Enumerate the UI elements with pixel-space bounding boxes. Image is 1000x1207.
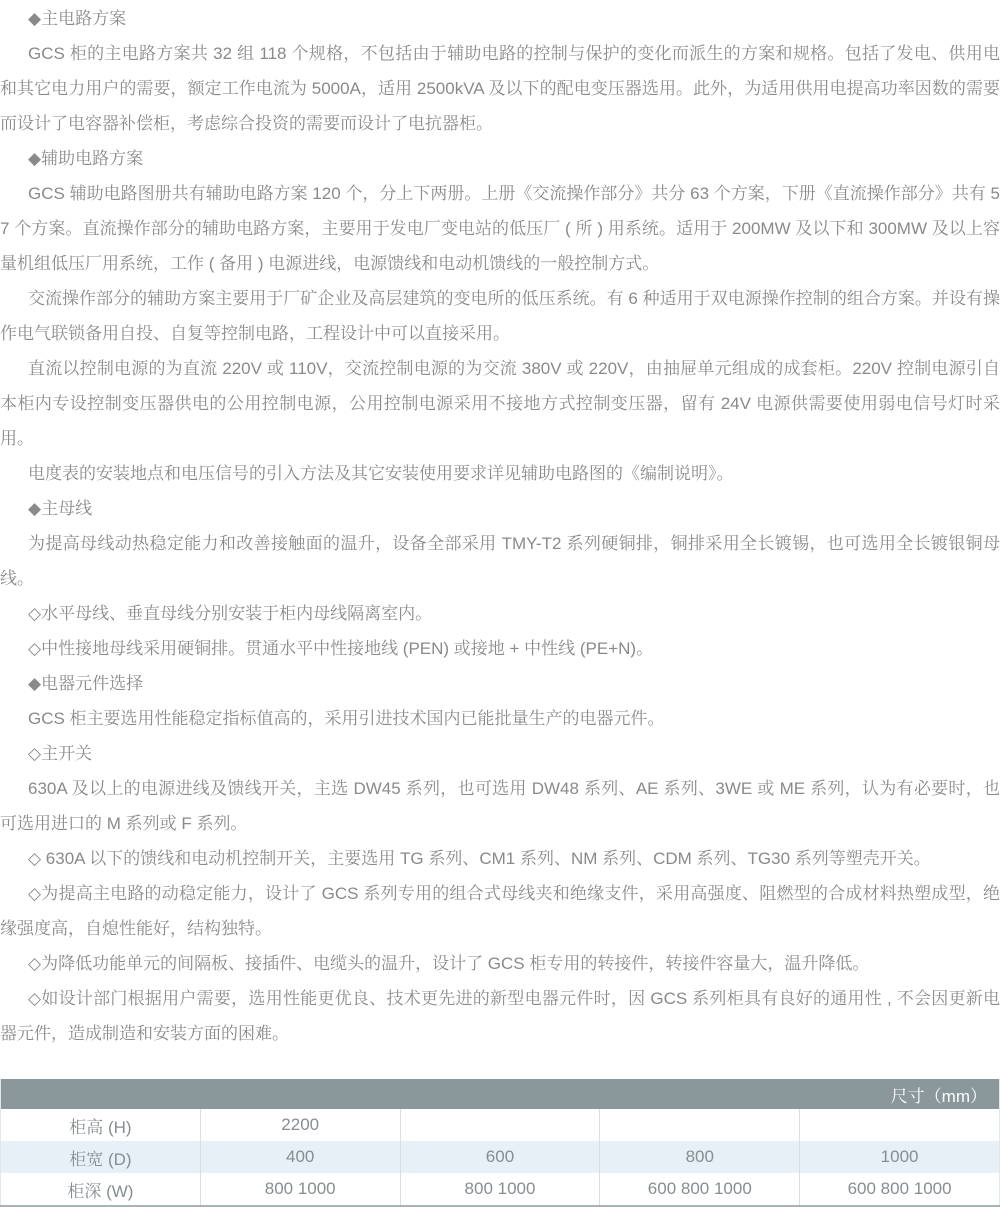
paragraph-main-busbar: 为提高母线动热稳定能力和改善接触面的温升，设备全部采用 TMY-T2 系列硬铜排… [0,526,1000,596]
dimensions-table-header-row: 尺寸（mm） [1,1079,1000,1109]
table-cell: 800 1000 [200,1173,400,1206]
row-label-width: 柜宽 (D) [1,1141,201,1173]
section-heading-aux-circuit: ◆辅助电路方案 [0,141,1000,176]
table-cell: 2200 [200,1109,400,1141]
bullet-feeder-switch: ◇ 630A 以下的馈线和电动机控制开关，主要选用 TG 系列、CM1 系列、N… [0,841,1000,876]
bullet-busbar-clamp: ◇为提高主电路的动稳定能力，设计了 GCS 系列专用的组合式母线夹和绝缘支件，采… [0,876,1000,946]
table-cell: 800 1000 [400,1173,600,1206]
section-heading-main-circuit: ◆主电路方案 [0,1,1000,36]
paragraph-main-circuit: GCS 柜的主电路方案共 32 组 118 个规格，不包括由于辅助电路的控制与保… [0,36,1000,141]
paragraph-aux-circuit-2: 交流操作部分的辅助方案主要用于厂矿企业及高层建筑的变电所的低压系统。有 6 种适… [0,281,1000,351]
table-cell: 600 800 1000 [800,1173,1000,1206]
bullet-main-switch: ◇主开关 [0,736,1000,771]
table-cell [400,1109,600,1141]
table-cell: 800 [600,1141,800,1173]
table-row-height: 柜高 (H) 2200 [1,1109,1000,1141]
bullet-compatibility: ◇如设计部门根据用户需要，选用性能更优良、技术更先进的新型电器元件时，因 GCS… [0,981,1000,1051]
bullet-neutral-busbar: ◇中性接地母线采用硬铜排。贯通水平中性接地线 (PEN) 或接地 + 中性线 (… [0,631,1000,666]
table-cell: 1000 [800,1141,1000,1173]
dimensions-table-title: 尺寸（mm） [1,1079,1000,1109]
paragraph-aux-circuit-1: GCS 辅助电路图册共有辅助电路方案 120 个，分上下两册。上册《交流操作部分… [0,176,1000,281]
dimensions-table: 尺寸（mm） 柜高 (H) 2200 柜宽 (D) 400 600 800 10… [0,1079,1000,1207]
row-label-depth: 柜深 (W) [1,1173,201,1206]
table-cell: 400 [200,1141,400,1173]
table-row-depth: 柜深 (W) 800 1000 800 1000 600 800 1000 60… [1,1173,1000,1206]
row-label-height: 柜高 (H) [1,1109,201,1141]
table-cell: 600 800 1000 [600,1173,800,1206]
section-heading-main-busbar: ◆主母线 [0,491,1000,526]
paragraph-aux-circuit-4: 电度表的安装地点和电压信号的引入方法及其它安装使用要求详见辅助电路图的《编制说明… [0,456,1000,491]
table-cell [600,1109,800,1141]
bullet-horizontal-busbar: ◇水平母线、垂直母线分别安装于柜内母线隔离室内。 [0,596,1000,631]
section-heading-component-selection: ◆电器元件选择 [0,666,1000,701]
table-row-width: 柜宽 (D) 400 600 800 1000 [1,1141,1000,1173]
paragraph-aux-circuit-3: 直流以控制电源的为直流 220V 或 110V，交流控制电源的为交流 380V … [0,351,1000,456]
paragraph-main-switch-detail: 630A 及以上的电源进线及馈线开关，主选 DW45 系列，也可选用 DW48 … [0,771,1000,841]
bullet-adapter: ◇为降低功能单元的间隔板、接插件、电缆头的温升，设计了 GCS 柜专用的转接件，… [0,946,1000,981]
table-cell [800,1109,1000,1141]
table-cell: 600 [400,1141,600,1173]
document-page: ◆主电路方案 GCS 柜的主电路方案共 32 组 118 个规格，不包括由于辅助… [0,0,1000,1207]
paragraph-component-selection: GCS 柜主要选用性能稳定指标值高的，采用引进技术国内已能批量生产的电器元件。 [0,701,1000,736]
